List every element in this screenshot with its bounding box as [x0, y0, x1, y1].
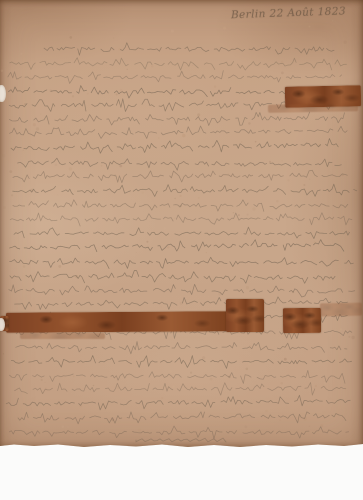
flourish-line — [136, 438, 226, 442]
handwriting-line — [8, 70, 342, 83]
redaction-mark — [268, 103, 358, 113]
handwriting-line — [9, 124, 347, 139]
handwriting-line — [16, 341, 347, 354]
handwriting-line — [10, 212, 352, 226]
handwriting-line — [10, 239, 344, 255]
redaction-mark — [283, 308, 321, 333]
handwriting-line — [18, 157, 342, 171]
handwriting-line — [18, 410, 346, 425]
handwriting-line — [9, 369, 345, 384]
handwriting-line — [11, 138, 338, 154]
handwriting-line — [14, 227, 350, 239]
handwriting-line — [13, 170, 347, 183]
handwriting-line — [13, 184, 357, 197]
handwriting-line — [6, 395, 350, 411]
handwriting-line — [9, 112, 344, 127]
redaction-mark — [20, 333, 105, 339]
handwriting-line — [15, 382, 346, 397]
redaction-mark — [226, 299, 264, 332]
handwriting-line — [44, 43, 334, 56]
scanned-letter: Berlin 22 Août 1823 — [0, 0, 363, 500]
handwriting-line — [11, 356, 351, 369]
letter-page: Berlin 22 Août 1823 — [0, 0, 363, 448]
handwriting-line — [10, 270, 335, 284]
handwriting-line — [9, 426, 348, 439]
redaction-mark — [320, 303, 362, 317]
handwriting-line — [9, 284, 355, 297]
handwriting-line — [10, 57, 347, 70]
redaction-mark — [6, 311, 229, 333]
handwriting-layer — [0, 0, 363, 448]
handwriting-line — [10, 257, 354, 269]
